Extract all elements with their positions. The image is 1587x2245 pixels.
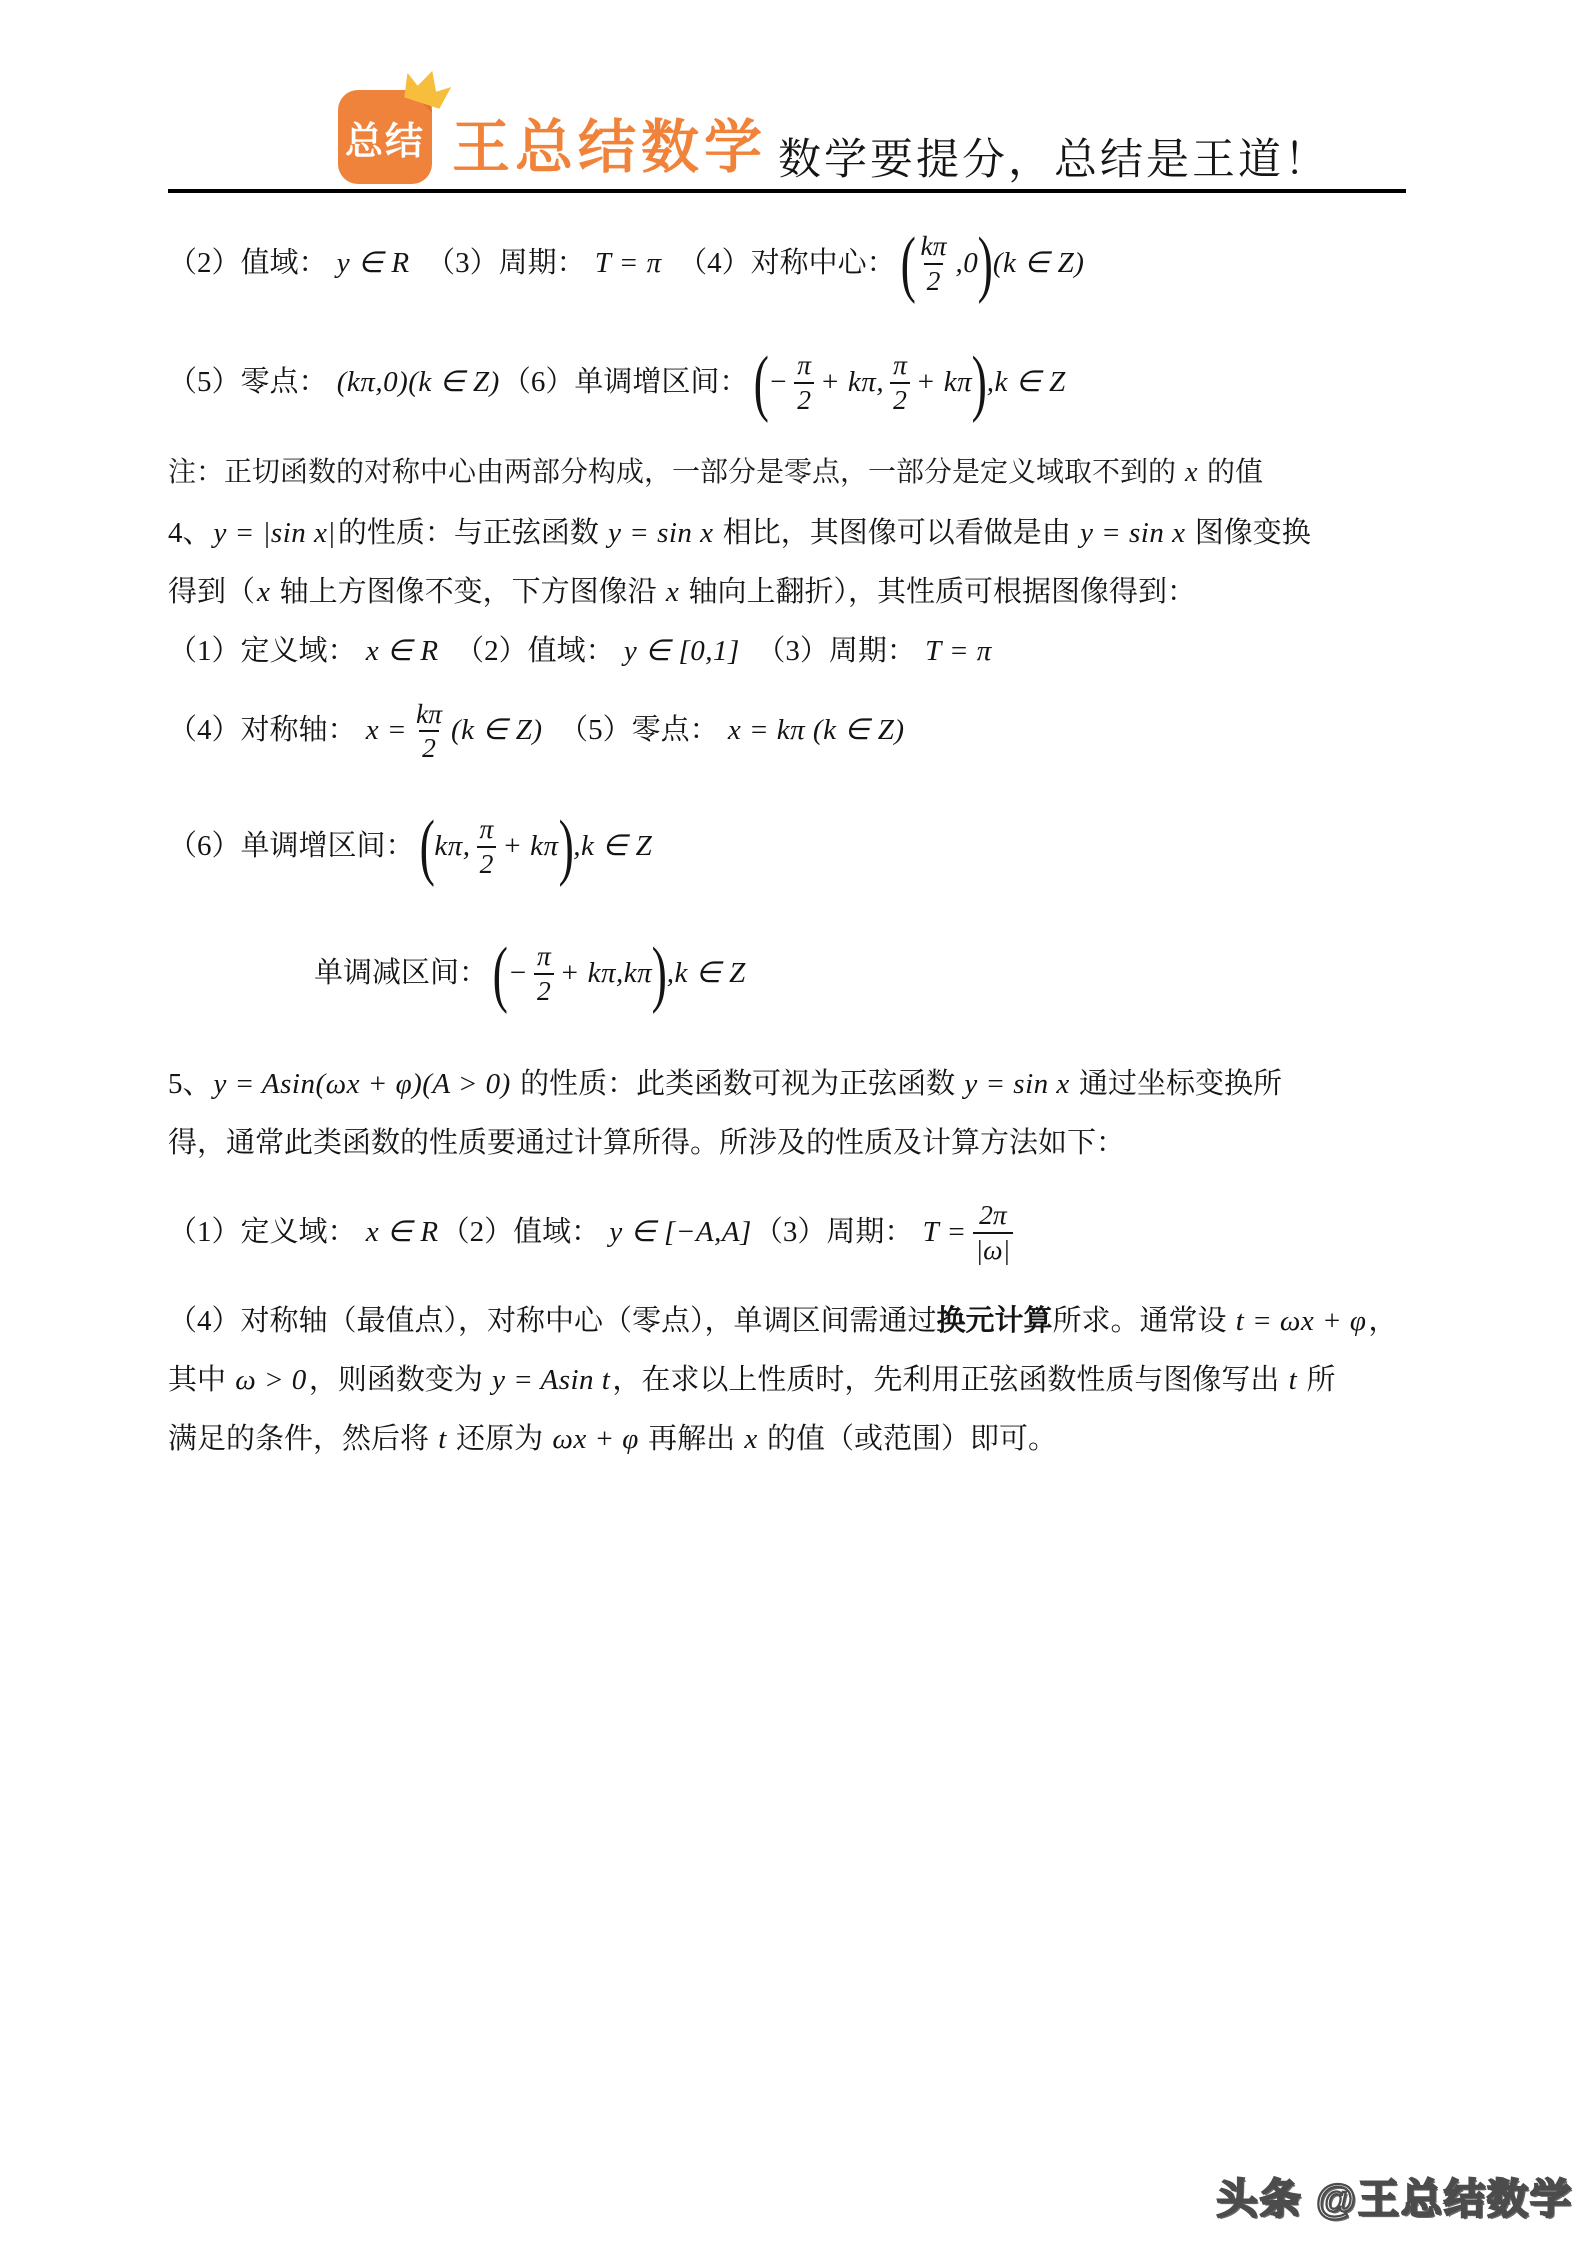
text-segment: （4）对称轴： [168,711,364,750]
math-segment: T = [921,1213,969,1252]
math-segment: (k ∈ Z) [449,711,545,750]
text-segment: （5）零点： [545,711,726,750]
brand-logo-badge: 总结 [338,90,432,184]
text-segment: （1）定义域： [168,632,364,671]
big-paren: ( [493,937,508,1011]
big-paren: ) [978,227,993,301]
text-segment: （6）单调增区间： [168,827,422,866]
math-segment: ,k ∈ Z [571,827,654,866]
text-segment: （4）对称中心： [664,244,903,283]
math-segment: + kπ, [818,363,886,402]
fraction: kπ2 [413,698,445,765]
math-segment: ω > 0 [233,1361,309,1400]
math-segment: + kπ,kπ [558,954,654,993]
text-segment: （6）单调增区间： [502,363,756,402]
text-segment: 轴上方图像不变，下方图像沿 [272,573,664,612]
text-line: （2）值域： y ∈ R （3）周期： T = π （4）对称中心： (kπ2,… [168,204,1458,323]
math-segment: t = ωx + φ [1234,1302,1369,1341]
fraction: kπ2 [917,230,949,297]
fraction: 2π|ω| [973,1199,1014,1266]
big-paren: ( [901,227,916,301]
text-segment: 相比，其图像可以看做是由 [716,514,1079,553]
math-segment: ,k ∈ Z [985,363,1068,402]
fraction: π2 [794,349,814,416]
text-segment: ， [1368,1302,1397,1341]
text-line: 满足的条件，然后将 t 还原为 ωx + φ 再解出 x 的值（或范围）即可。 [168,1410,1458,1469]
text-segment: ，在求以上性质时，先利用正弦函数性质与图像写出 [612,1361,1286,1400]
text-segment: 再解出 [641,1420,743,1459]
text-segment: 的性质：此类函数可视为正弦函数 [513,1065,963,1104]
text-line: （4）对称轴（最值点），对称中心（零点），单调区间需通过换元计算所求。通常设 t… [168,1292,1458,1351]
fraction: π2 [534,940,554,1007]
watermark: 头条 @王总结数学 [1217,2166,1573,2225]
math-segment: + kπ [500,827,560,866]
text-segment: 的性质：与正弦函数 [338,514,606,553]
document-lines: （2）值域： y ∈ R （3）周期： T = π （4）对称中心： (kπ2,… [168,204,1458,1469]
text-line: 得，通常此类函数的性质要通过计算所得。所涉及的性质及计算方法如下： [168,1114,1458,1173]
math-segment: x [255,573,272,612]
text-segment: （3）周期： [754,1213,921,1252]
text-segment: 换元计算 [937,1302,1053,1341]
text-line: 单调减区间： (−π2+ kπ,kπ),k ∈ Z [168,914,1458,1033]
text-segment: 所求。通常设 [1053,1302,1234,1341]
math-segment: y ∈ [0,1] [622,632,742,671]
text-line: （4）对称轴： x =kπ2(k ∈ Z) （5）零点： x = kπ (k ∈… [168,681,1458,781]
text-segment: 得，通常此类函数的性质要通过计算所得。所涉及的性质及计算方法如下： [168,1124,1125,1163]
text-line: 5、y = Asin(ωx + φ)(A > 0) 的性质：此类函数可视为正弦函… [168,1055,1458,1114]
text-segment: ，则函数变为 [309,1361,490,1400]
text-line: 其中 ω > 0，则函数变为 y = Asin t，在求以上性质时，先利用正弦函… [168,1351,1458,1410]
text-line: （1）定义域： x ∈ R（2）值域： y ∈ [−A,A]（3）周期： T =… [168,1173,1458,1292]
text-segment: （2）值域： [441,632,622,671]
math-segment: y = sin x [962,1065,1071,1104]
text-segment: （2）值域： [441,1213,608,1252]
text-segment: （5）零点： [168,363,335,402]
text-segment: 通过坐标变换所 [1072,1065,1282,1104]
math-segment: y = Asin(ωx + φ)(A > 0) [212,1065,513,1104]
math-segment: y = sin x [606,514,715,553]
math-segment: (kπ,0)(k ∈ Z) [335,363,502,402]
math-segment: y ∈ [−A,A] [607,1213,753,1252]
math-segment: y = sin x [1078,514,1187,553]
text-line: （5）零点： (kπ,0)(k ∈ Z)（6）单调增区间： (−π2+ kπ,π… [168,323,1458,442]
text-line: （6）单调增区间： (kπ,π2+ kπ),k ∈ Z [168,787,1458,906]
math-segment: x [742,1420,759,1459]
math-segment: x [664,573,681,612]
big-paren: ) [972,346,987,420]
header-divider [168,189,1406,193]
math-segment: x ∈ R [364,632,441,671]
math-segment: x = kπ (k ∈ Z) [726,711,907,750]
text-segment: 注：正切函数的对称中心由两部分构成，一部分是零点，一部分是定义域取不到的 [168,454,1183,492]
math-segment: + kπ [914,363,974,402]
text-segment: 其中 [168,1361,233,1400]
fraction: π2 [890,349,910,416]
fraction: π2 [477,813,497,880]
math-segment: x [1183,454,1200,492]
text-segment: （2）值域： [168,244,335,283]
math-segment: (k ∈ Z) [991,244,1087,283]
math-segment: t [436,1420,449,1459]
big-paren: ) [558,810,573,884]
math-segment: y = Asin t [490,1361,612,1400]
text-line: 4、y = |sin x|的性质：与正弦函数 y = sin x 相比，其图像可… [168,504,1458,563]
text-segment: （3）周期： [412,244,593,283]
text-segment: （4）对称轴（最值点），对称中心（零点），单调区间需通过 [168,1302,937,1341]
text-segment: 所 [1299,1361,1335,1400]
math-segment: kπ, [432,827,472,866]
text-segment: 轴向上翻折），其性质可根据图像得到： [681,573,1196,612]
math-segment: x = [364,711,409,750]
header-tagline: 数学要提分，总结是王道！ [778,126,1330,187]
big-paren: ( [419,810,434,884]
math-segment: − [506,954,530,993]
text-segment: 5、 [168,1065,212,1104]
big-paren: ( [753,346,768,420]
text-segment: 4、 [168,514,212,553]
text-segment: 图像变换 [1187,514,1310,553]
math-segment: ωx + φ [550,1420,640,1459]
math-segment: t [1287,1361,1300,1400]
brand-text: 王总结数学 [452,100,767,184]
math-segment: ,k ∈ Z [665,954,748,993]
text-line: 注：正切函数的对称中心由两部分构成，一部分是零点，一部分是定义域取不到的 x 的… [168,442,1458,504]
big-paren: ) [652,937,667,1011]
math-segment: ,0 [954,244,981,283]
text-segment: 得到（ [168,573,255,612]
math-segment: y ∈ R [335,244,412,283]
text-segment: 还原为 [449,1420,551,1459]
text-segment: 的值（或范围）即可。 [760,1420,1057,1459]
math-segment: − [766,363,790,402]
text-segment: 单调减区间： [314,954,495,993]
text-line: 得到（x 轴上方图像不变，下方图像沿 x 轴向上翻折），其性质可根据图像得到： [168,563,1458,622]
math-segment: y = |sin x| [212,514,338,553]
text-segment: （1）定义域： [168,1213,364,1252]
math-segment: T = π [923,632,994,671]
math-segment: T = π [593,244,664,283]
text-segment: （3）周期： [742,632,923,671]
text-segment: 满足的条件，然后将 [168,1420,436,1459]
text-line: （1）定义域： x ∈ R （2）值域： y ∈ [0,1] （3）周期： T … [168,622,1458,681]
math-segment: x ∈ R [364,1213,441,1252]
text-segment: 的值 [1200,454,1263,492]
